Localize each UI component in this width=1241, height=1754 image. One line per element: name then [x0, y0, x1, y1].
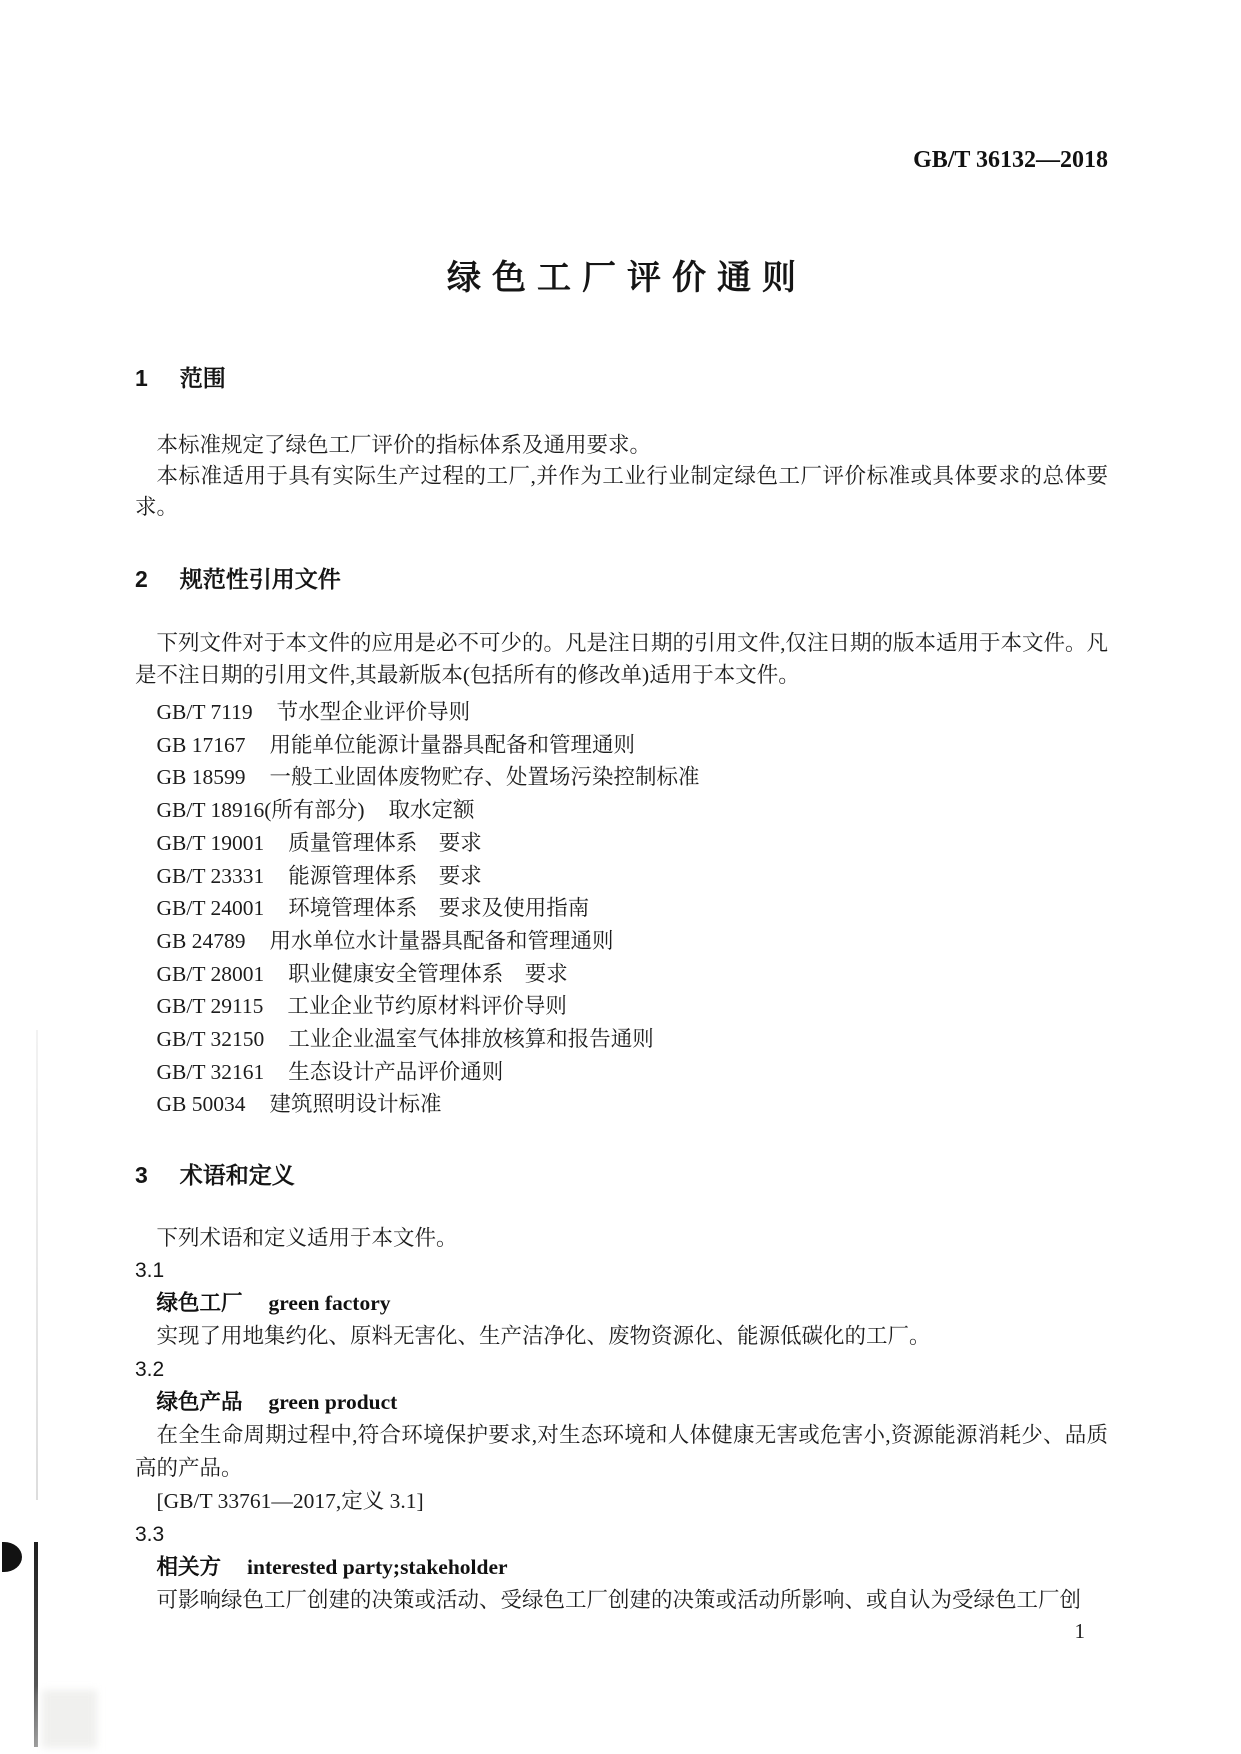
term-english: interested party;stakeholder	[247, 1555, 508, 1579]
term-english: green product	[269, 1390, 398, 1414]
reference-item: GB 24789用水单位水计量器具配备和管理通则	[135, 925, 1108, 958]
reference-title: 工业企业节约原材料评价导则	[287, 994, 567, 1018]
scope-paragraph-1: 本标准规定了绿色工厂评价的指标体系及通用要求。	[135, 430, 1108, 461]
section-2-number: 2	[135, 565, 148, 593]
terms-area: 3.1 绿色工厂green factory 实现了用地集约化、原料无害化、生产洁…	[135, 1254, 1108, 1617]
reference-item: GB/T 23331能源管理体系 要求	[135, 860, 1108, 893]
reference-title: 质量管理体系 要求	[288, 831, 482, 855]
reference-title: 环境管理体系 要求及使用指南	[288, 896, 589, 920]
scan-artifact-smudge	[42, 1690, 97, 1748]
reference-item: GB/T 32150工业企业温室气体排放核算和报告通则	[135, 1023, 1108, 1056]
terms-intro: 下列术语和定义适用于本文件。	[135, 1222, 1108, 1254]
reference-item: GB/T 7119节水型企业评价导则	[135, 696, 1108, 729]
term-entry-number: 3.1	[135, 1254, 1108, 1287]
reference-item: GB/T 29115工业企业节约原材料评价导则	[135, 990, 1108, 1023]
reference-title: 一般工业固体废物贮存、处置场污染控制标准	[270, 765, 700, 789]
scope-paragraph-2: 本标准适用于具有实际生产过程的工厂,并作为工业行业制定绿色工厂评价标准或具体要求…	[135, 461, 1108, 523]
reference-code: GB/T 19001	[157, 831, 265, 855]
term-english: green factory	[269, 1291, 391, 1315]
term-chinese: 绿色工厂	[157, 1291, 243, 1315]
document-title: 绿色工厂评价通则	[135, 258, 1108, 298]
section-2-heading: 2 规范性引用文件	[135, 565, 1108, 593]
section-3-title: 术语和定义	[180, 1161, 295, 1189]
reference-item: GB/T 24001环境管理体系 要求及使用指南	[135, 892, 1108, 925]
scan-artifact-left-dark-line	[34, 1542, 38, 1747]
standard-code: GB/T 36132—2018	[135, 0, 1108, 174]
reference-title: 生态设计产品评价通则	[288, 1060, 503, 1084]
section-1-title: 范围	[180, 364, 226, 392]
section-2-title: 规范性引用文件	[180, 565, 341, 593]
reference-code: GB/T 32161	[157, 1060, 265, 1084]
scan-artifact-left-faint-line	[36, 1030, 38, 1500]
page-number: 1	[135, 1617, 1108, 1645]
term-entry-number: 3.3	[135, 1518, 1108, 1551]
term-chinese: 绿色产品	[157, 1390, 243, 1414]
term-definition: 在全生命周期过程中,符合环境保护要求,对生态环境和人体健康无害或危害小,资源能源…	[135, 1419, 1108, 1485]
section-3-number: 3	[135, 1161, 148, 1189]
reference-item: GB/T 19001质量管理体系 要求	[135, 827, 1108, 860]
reference-code: GB 17167	[157, 733, 246, 757]
reference-item: GB 17167用能单位能源计量器具配备和管理通则	[135, 729, 1108, 762]
term-title: 绿色产品green product	[135, 1386, 1108, 1419]
section-3-heading: 3 术语和定义	[135, 1161, 1108, 1189]
reference-code: GB/T 24001	[157, 896, 265, 920]
reference-title: 节水型企业评价导则	[277, 700, 471, 724]
reference-code: GB 18599	[157, 765, 246, 789]
document-page: GB/T 36132—2018 绿色工厂评价通则 1 范围 本标准规定了绿色工厂…	[0, 0, 1241, 1754]
reference-item: GB 50034建筑照明设计标准	[135, 1088, 1108, 1121]
reference-title: 取水定额	[389, 798, 475, 822]
reference-title: 能源管理体系 要求	[288, 864, 482, 888]
section-1-number: 1	[135, 364, 148, 392]
reference-title: 工业企业温室气体排放核算和报告通则	[288, 1027, 654, 1051]
reference-item: GB 18599一般工业固体废物贮存、处置场污染控制标准	[135, 761, 1108, 794]
term-entry-number: 3.2	[135, 1353, 1108, 1386]
section-1-heading: 1 范围	[135, 364, 1108, 392]
reference-code: GB/T 32150	[157, 1027, 265, 1051]
reference-title: 建筑照明设计标准	[270, 1092, 442, 1116]
page-content: GB/T 36132—2018 绿色工厂评价通则 1 范围 本标准规定了绿色工厂…	[0, 0, 1241, 1645]
term-definition: 可影响绿色工厂创建的决策或活动、受绿色工厂创建的决策或活动所影响、或自认为受绿色…	[135, 1584, 1108, 1617]
reference-item: GB/T 18916(所有部分)取水定额	[135, 794, 1108, 827]
reference-code: GB/T 23331	[157, 864, 265, 888]
term-definition: 实现了用地集约化、原料无害化、生产洁净化、废物资源化、能源低碳化的工厂。	[135, 1320, 1108, 1353]
reference-title: 用水单位水计量器具配备和管理通则	[270, 929, 614, 953]
term-title: 绿色工厂green factory	[135, 1287, 1108, 1320]
reference-code: GB/T 28001	[157, 962, 265, 986]
reference-code: GB/T 18916(所有部分)	[157, 798, 365, 822]
term-source-reference: [GB/T 33761—2017,定义 3.1]	[135, 1485, 1108, 1518]
reference-code: GB 24789	[157, 929, 246, 953]
reference-code: GB/T 29115	[157, 994, 264, 1018]
normative-reference-list: GB/T 7119节水型企业评价导则 GB 17167用能单位能源计量器具配备和…	[135, 696, 1108, 1121]
reference-title: 用能单位能源计量器具配备和管理通则	[270, 733, 636, 757]
reference-title: 职业健康安全管理体系 要求	[288, 962, 568, 986]
reference-item: GB/T 32161生态设计产品评价通则	[135, 1056, 1108, 1089]
normative-references-intro: 下列文件对于本文件的应用是必不可少的。凡是注日期的引用文件,仅注日期的版本适用于…	[135, 627, 1108, 691]
reference-item: GB/T 28001职业健康安全管理体系 要求	[135, 958, 1108, 991]
reference-code: GB/T 7119	[157, 700, 253, 724]
term-chinese: 相关方	[157, 1555, 222, 1579]
reference-code: GB 50034	[157, 1092, 246, 1116]
term-title: 相关方interested party;stakeholder	[135, 1551, 1108, 1584]
